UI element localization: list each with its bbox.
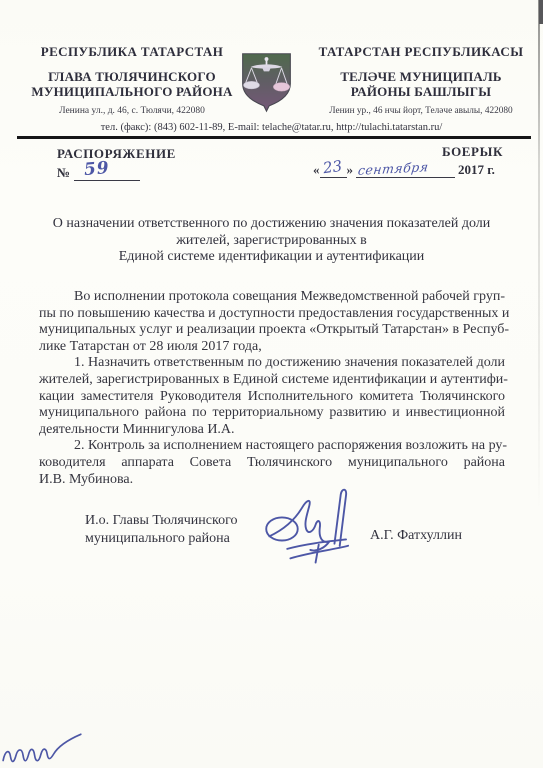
paragraph-3-line: 2. Контроль за исполнением настоящего ра… <box>39 438 505 455</box>
letterhead-russian: РЕСПУБЛИКА ТАТАРСТАН ГЛАВА ТЮЛЯЧИНСКОГО … <box>20 44 244 116</box>
address-ru: Ленина ул., д. 46, с. Тюлячи, 422080 <box>20 106 244 116</box>
title-line: Единой системе идентификации и аутентифи… <box>30 249 513 266</box>
signer-position: И.о. Главы Тюлячинского муниципального р… <box>85 512 237 547</box>
paragraph-1-line: лике Татарстан от 28 июля 2017 года, <box>39 339 505 356</box>
document-body: Во исполнении протокола совещания Межвед… <box>39 289 505 488</box>
paragraph-2-line: кации заместителя Руководителя Исполните… <box>39 389 505 406</box>
organization-name-tat: ТЕЛӘЧЕ МУНИЦИПАЛЬ РАЙОНЫ БАШЛЫГЫ <box>304 69 538 99</box>
number-blank-line: 59 <box>74 165 140 181</box>
scan-right-edge <box>538 0 540 538</box>
letterhead-divider <box>17 136 531 139</box>
scan-top-edge <box>0 0 543 2</box>
order-heading-tat: БОЕРЫК «23»сентября2017 г. <box>313 144 525 178</box>
paragraph-2-line: жителей, зарегистрированных в Единой сис… <box>39 372 505 389</box>
handwritten-order-number: 59 <box>83 158 110 180</box>
paragraph-1-line: муниципальных услуг и реализации проекта… <box>39 322 505 339</box>
coat-of-arms-icon <box>240 51 293 113</box>
order-heading-ru: РАСПОРЯЖЕНИЕ №59 <box>57 146 237 181</box>
order-date-row: «23»сентября2017 г. <box>313 162 525 178</box>
month-blank-line: сентября <box>356 162 455 178</box>
day-blank-line: 23 <box>320 162 347 178</box>
scan-corner-mark <box>539 0 543 24</box>
pen-scribble <box>1 731 85 767</box>
close-quote: » <box>347 162 354 177</box>
signer-name: А.Г. Фатхуллин <box>370 528 462 544</box>
paragraph-3-line: ководителя аппарата Совета Тюлячинского … <box>39 455 505 472</box>
document-title: О назначении ответственного по достижени… <box>30 216 513 266</box>
paragraph-2-line: деятельности Миннигулова И.А. <box>39 422 505 439</box>
handwritten-day: 23 <box>321 157 342 177</box>
order-type-tat: БОЕРЫК <box>313 144 525 160</box>
organization-name-ru: ГЛАВА ТЮЛЯЧИНСКОГО МУНИЦИПАЛЬНОГО РАЙОНА <box>20 69 244 99</box>
order-number-row: №59 <box>57 165 237 181</box>
paragraph-1-line: пы по повышению качества и доступности п… <box>39 306 505 323</box>
handwritten-month: сентября <box>357 159 429 178</box>
republic-name-ru: РЕСПУБЛИКА ТАТАРСТАН <box>20 44 244 60</box>
address-tat: Ленин ур., 46 нчы йорт, Теләче авылы, 42… <box>304 106 538 116</box>
title-line: О назначении ответственного по достижени… <box>30 216 513 233</box>
paragraph-1-line: Во исполнении протокола совещания Межвед… <box>39 289 505 306</box>
contact-info: тел. (факс): (843) 602-11-89, E-mail: te… <box>0 122 543 133</box>
scanned-order-document: РЕСПУБЛИКА ТАТАРСТАН ГЛАВА ТЮЛЯЧИНСКОГО … <box>0 0 543 768</box>
number-label: № <box>57 165 70 180</box>
republic-name-tat: ТАТАРСТАН РЕСПУБЛИКАСЫ <box>304 44 538 60</box>
handwritten-signature <box>263 488 365 572</box>
paragraph-2-line: муниципального района по территориальном… <box>39 405 505 422</box>
paragraph-2-line: 1. Назначить ответственным по достижению… <box>39 355 505 372</box>
title-line: жителей, зарегистрированных в <box>30 233 513 250</box>
year-label: 2017 г. <box>458 162 495 177</box>
letterhead-tatar: ТАТАРСТАН РЕСПУБЛИКАСЫ ТЕЛӘЧЕ МУНИЦИПАЛЬ… <box>304 44 538 116</box>
paragraph-3-line: И.В. Мубинова. <box>39 472 505 489</box>
